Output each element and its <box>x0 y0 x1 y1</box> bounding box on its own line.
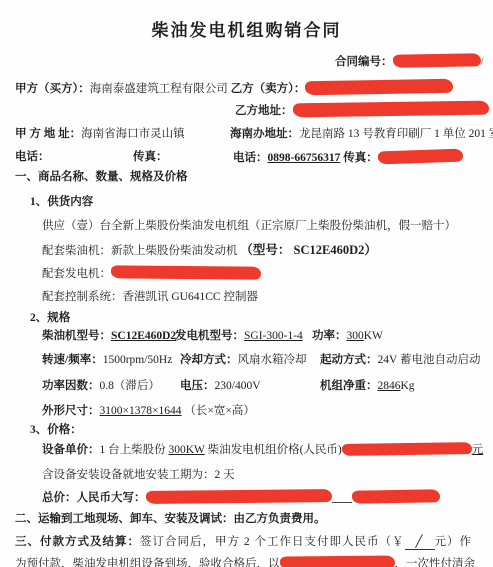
pf-spec: 功率因数：0.8（滞后） <box>42 379 160 394</box>
hainan-office-address: 海南办地址：龙昆南路 13 号教育印刷厂 1 单位 201 室 <box>230 127 493 142</box>
party-a-name: 海南泰盛建筑工程有限公司 <box>90 83 228 95</box>
control-line: 配套控制系统：香港凯讯 GU641CC 控制器 <box>42 290 258 305</box>
total-price-line: 总价：人民币大写： <box>42 490 440 506</box>
party-b-phone-number: 0898-66756317 <box>268 152 341 164</box>
party-a-fax-label: 传真： <box>133 150 168 165</box>
amount-blank-slash: ╱ <box>405 536 435 550</box>
contract-no-label: 合同编号： <box>335 56 393 68</box>
start-spec: 起动方式：24V 蓄电池自动启动 <box>320 353 480 368</box>
engine-line: 配套柴油机：新款上柴股份柴油发动机 （型号： SC12E460D2） <box>42 243 377 259</box>
contract-page: 柴油发电机组购销合同 合同编号：/ 甲方（买方）：海南泰盛建筑工程有限公司 乙方… <box>0 0 493 567</box>
redaction-mark <box>305 79 453 96</box>
price-heading: 3、价格： <box>30 423 82 438</box>
voltage-spec: 电压：230/400V <box>180 379 261 394</box>
redaction-mark <box>279 555 394 567</box>
spec-heading: 2、规格 <box>30 311 70 326</box>
supply-heading: 1、供货内容 <box>30 195 93 210</box>
parties-row: 甲方（买方）：海南泰盛建筑工程有限公司 乙方（卖方）： <box>15 80 453 97</box>
party-b-address-row: 乙方地址： <box>235 102 489 119</box>
section2-line: 二、运输到工地现场、卸车、安装及调试：由乙方负责费用。 <box>15 512 326 527</box>
redaction-mark <box>392 53 480 68</box>
dimensions-spec: 外形尺寸：3100×1378×1644 （长×宽×高） <box>42 404 255 419</box>
unit-price-kw: 300KW <box>169 444 205 456</box>
total-underline-gap <box>332 491 352 503</box>
party-a-address: 甲 方 地 址：海南省海口市灵山镇 <box>15 127 185 142</box>
speed-spec: 转速/频率：1500rpm/50Hz <box>42 353 172 368</box>
party-b-address-label: 乙方地址： <box>235 105 293 117</box>
section1-heading: 一、商品名称、数量、规格及价格 <box>15 170 188 185</box>
generator-line: 配套发电机： <box>42 266 261 282</box>
redaction-mark <box>378 149 463 165</box>
unit-price-suffix: 元 <box>472 444 484 456</box>
redaction-mark <box>292 101 488 118</box>
redaction-mark <box>351 489 439 504</box>
cooling-spec: 冷却方式：风扇水箱冷却 <box>180 353 307 368</box>
engine-model: （型号： SC12E460D2） <box>240 243 376 257</box>
party-b-label: 乙方（卖方）： <box>231 83 306 95</box>
weight-spec: 机组净重：2846Kg <box>320 379 415 394</box>
party-a-phone-label: 电话： <box>15 150 50 165</box>
install-line: 含设备安装设备就地安装工期为：2 天 <box>42 468 235 483</box>
contract-no-tail: / <box>481 56 484 68</box>
redaction-mark <box>342 442 472 456</box>
party-a-label: 甲方（买方）： <box>15 83 90 95</box>
party-b-phone: 电话：0898-66756317 传真： <box>233 150 463 166</box>
page-title: 柴油发电机组购销合同 <box>0 20 493 42</box>
contract-no-row: 合同编号：/ <box>335 54 484 70</box>
unit-price-line: 设备单价：1 台上柴股份 300KW 柴油发电机组价格(人民币)元 <box>42 443 483 458</box>
redaction-mark <box>111 265 261 279</box>
power-spec: 功率：300KW <box>312 329 383 344</box>
section3-line2: 为预付款，柴油发电机组设备到场，验收合格后，以，一次性付清余 <box>15 556 475 567</box>
redaction-mark <box>145 489 331 504</box>
supply-line: 供应（壹）台全新上柴股份柴油发电机组（正宗原厂上柴股份柴油机，假一赔十） <box>42 219 456 234</box>
engine-model-spec: 柴油机型号：SC12E460D2 <box>42 329 176 344</box>
gen-model-spec: 发电机型号：SGI-300-1-4 <box>175 329 303 344</box>
section3-line1: 三、付款方式及结算：签订合同后，甲方 2 个工作日支付即人民币（￥╱元）作 <box>15 535 472 550</box>
